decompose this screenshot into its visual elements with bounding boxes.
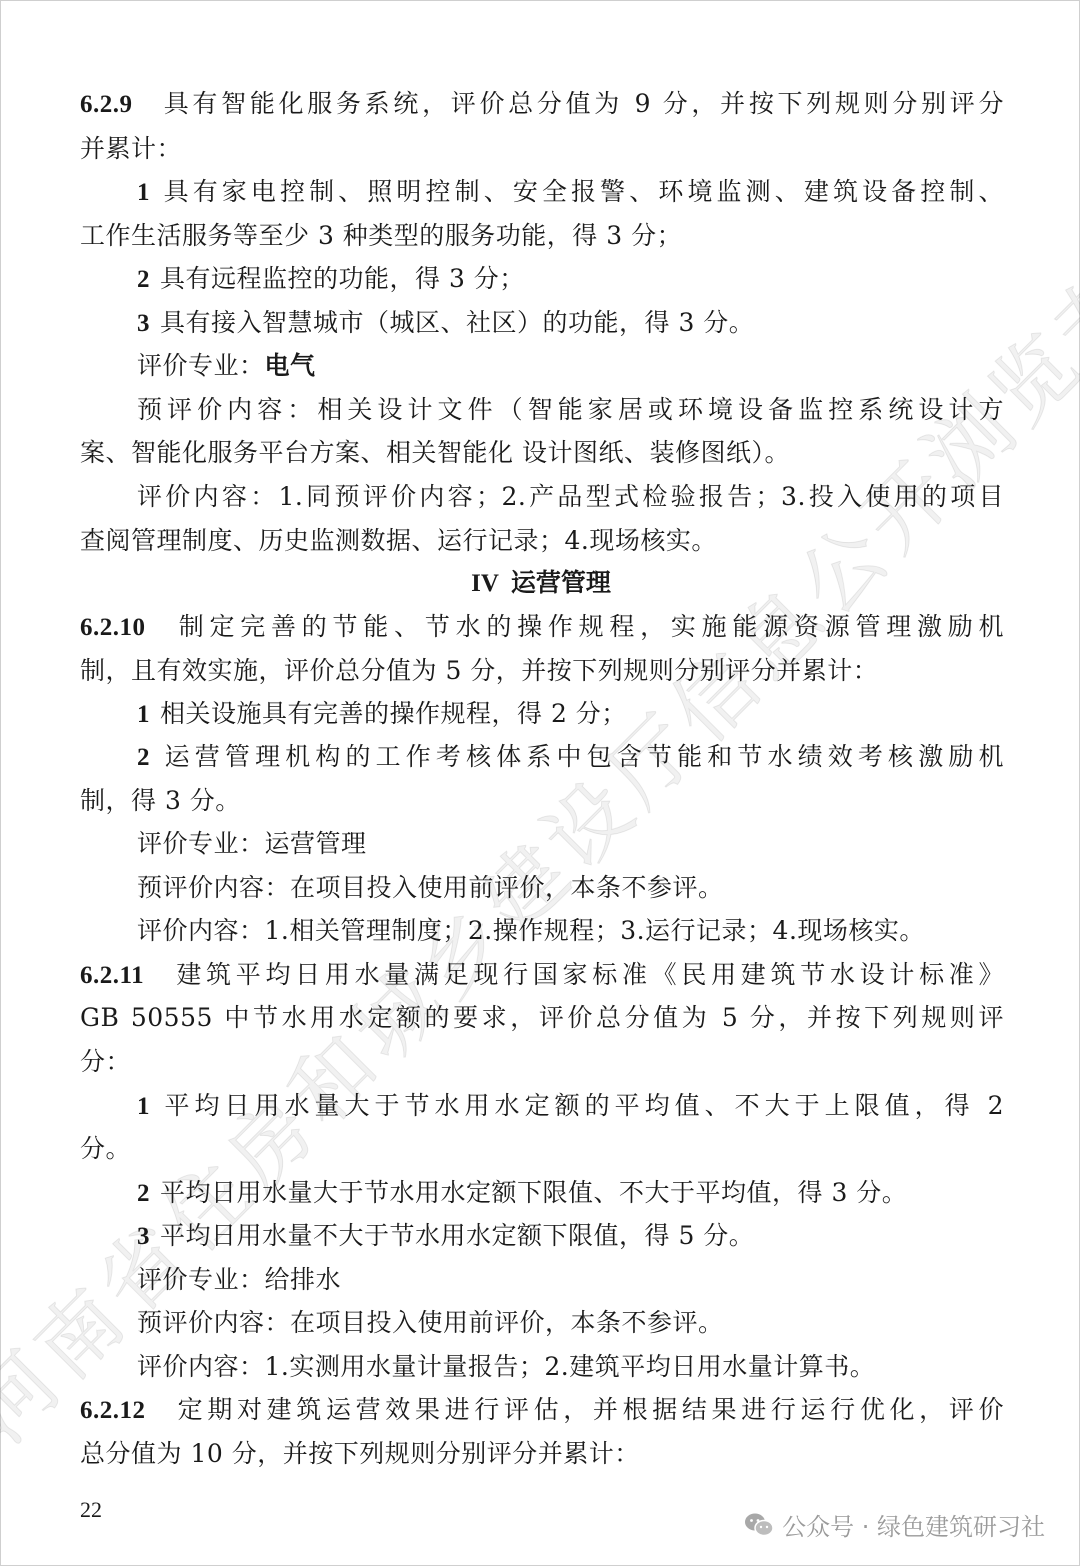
item-text: 具有远程监控的功能，得 3 分；: [160, 264, 525, 293]
wechat-icon: [744, 1512, 774, 1538]
item-number: 1: [137, 1093, 150, 1120]
eval: 评价内容：1.相关管理制度；2.操作规程；3.运行记录；4.现场核实。: [137, 916, 1004, 946]
discipline-label: 评价专业：: [137, 351, 265, 380]
item-number: 2: [137, 266, 150, 293]
section-title: 运营管理: [511, 568, 611, 597]
clause-number: 6.2.10: [80, 614, 146, 641]
item-2: 2运营管理机构的工作考核体系中包含节能和节水绩效考核激励机: [137, 742, 1004, 773]
item-1-line2: 分。: [80, 1134, 1004, 1164]
clause-6-2-11-line3: 分：: [80, 1047, 1004, 1077]
discipline: 评价专业：运营管理: [137, 829, 1004, 859]
item-text: 具有接入智慧城市（城区、社区）的功能，得 3 分。: [160, 308, 754, 337]
clause-number: 6.2.12: [80, 1397, 146, 1424]
section-number: IV: [471, 570, 499, 597]
eval: 评价内容：1.实测用水量计量报告；2.建筑平均日用水量计算书。: [137, 1352, 1004, 1382]
item-2: 2具有远程监控的功能，得 3 分；: [137, 264, 1004, 295]
clause-6-2-10-line1: 6.2.10制定完善的节能、节水的操作规程，实施能源资源管理激励机: [80, 612, 1004, 643]
clause-number: 6.2.11: [80, 962, 144, 989]
eval-line2: 查阅管理制度、历史监测数据、运行记录；4.现场核实。: [80, 526, 1004, 556]
clause-6-2-12-line2: 总分值为 10 分，并按下列规则分别评分并累计：: [80, 1439, 1004, 1469]
item-3: 3平均日用水量不大于节水用水定额下限值，得 5 分。: [137, 1221, 1004, 1252]
source-text: 公众号 · 绿色建筑研习社: [782, 1507, 1045, 1542]
item-1: 1相关设施具有完善的操作规程，得 2 分；: [137, 699, 1004, 730]
discipline: 评价专业：电气: [137, 351, 1004, 381]
clause-6-2-9-line1: 6.2.9具有智能化服务系统，评价总分值为 9 分，并按下列规则分别评分: [80, 89, 1004, 120]
item-text: 相关设施具有完善的操作规程，得 2 分；: [160, 699, 627, 728]
item-text: 平均日用水量大于节水用水定额下限值、不大于平均值，得 3 分。: [160, 1178, 907, 1207]
pre-eval-line2: 案、智能化服务平台方案、相关智能化 设计图纸、装修图纸）。: [80, 438, 1004, 468]
clause-text: 定期对建筑运营效果进行评估，并根据结果进行运行优化，评价: [174, 1395, 1005, 1424]
item-text: 平均日用水量大于节水用水定额的平均值、不大于上限值，得 2: [160, 1091, 1004, 1120]
item-3: 3具有接入智慧城市（城区、社区）的功能，得 3 分。: [137, 308, 1004, 339]
discipline-value: 电气: [265, 351, 316, 380]
item-2: 2平均日用水量大于节水用水定额下限值、不大于平均值，得 3 分。: [137, 1178, 1004, 1209]
pre-eval: 预评价内容：在项目投入使用前评价，本条不参评。: [137, 1308, 1004, 1338]
clause-6-2-11-line2: GB 50555 中节水用水定额的要求，评价总分值为 5 分，并按下列规则评: [80, 1003, 1004, 1033]
pre-eval: 预评价内容：在项目投入使用前评价，本条不参评。: [137, 873, 1004, 903]
clause-text: 建筑平均日用水量满足现行国家标准《民用建筑节水设计标准》: [172, 960, 1004, 989]
item-number: 2: [137, 744, 150, 771]
item-number: 1: [137, 701, 150, 728]
source-attribution: 公众号 · 绿色建筑研习社: [744, 1507, 1045, 1542]
clause-6-2-9-line2: 并累计：: [80, 134, 1004, 164]
eval-line1: 评价内容：1.同预评价内容；2.产品型式检验报告；3.投入使用的项目: [137, 482, 1004, 512]
item-1: 1平均日用水量大于节水用水定额的平均值、不大于上限值，得 2: [137, 1091, 1004, 1122]
item-1-line2: 工作生活服务等至少 3 种类型的服务功能，得 3 分；: [80, 221, 1004, 251]
item-number: 2: [137, 1180, 150, 1207]
item-number: 3: [137, 1223, 150, 1250]
clause-6-2-12-line1: 6.2.12定期对建筑运营效果进行评估，并根据结果进行运行优化，评价: [80, 1395, 1004, 1426]
clause-text: 具有智能化服务系统，评价总分值为 9 分，并按下列规则分别评分: [161, 89, 1005, 118]
section-heading: IV运营管理: [1, 568, 1080, 599]
item-2-line2: 制，得 3 分。: [80, 786, 1004, 816]
item-text: 平均日用水量不大于节水用水定额下限值，得 5 分。: [160, 1221, 754, 1250]
item-text: 具有家电控制、照明控制、安全报警、环境监测、建筑设备控制、: [160, 177, 1004, 206]
document-page: 河南省住房和城乡建设厅信息公开浏览专用 6.2.9具有智能化服务系统，评价总分值…: [0, 0, 1080, 1566]
clause-6-2-11-line1: 6.2.11建筑平均日用水量满足现行国家标准《民用建筑节水设计标准》: [80, 960, 1004, 991]
discipline: 评价专业：给排水: [137, 1265, 1004, 1295]
item-1: 1具有家电控制、照明控制、安全报警、环境监测、建筑设备控制、: [137, 177, 1004, 208]
clause-6-2-10-line2: 制，且有效实施，评价总分值为 5 分，并按下列规则分别评分并累计：: [80, 656, 1004, 686]
item-number: 3: [137, 310, 150, 337]
clause-number: 6.2.9: [80, 91, 133, 118]
page-number: 22: [80, 1497, 102, 1523]
clause-text: 制定完善的节能、节水的操作规程，实施能源资源管理激励机: [174, 612, 1005, 641]
item-number: 1: [137, 179, 150, 206]
pre-eval-line1: 预评价内容：相关设计文件（智能家居或环境设备监控系统设计方: [137, 395, 1004, 425]
item-text: 运营管理机构的工作考核体系中包含节能和节水绩效考核激励机: [160, 742, 1004, 771]
